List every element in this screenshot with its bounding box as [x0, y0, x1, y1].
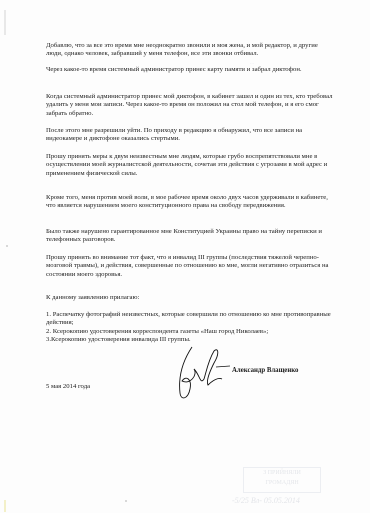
margin-mark: [4, 10, 6, 35]
signatory-name: Александр Влащенко: [232, 367, 298, 374]
stamp-handwritten-registration: -5/25 Вл- 05.05.2014: [232, 496, 300, 505]
attachment-item: 1. Распечатку фотографий неизвестных, ко…: [46, 311, 346, 328]
reception-stamp: З ПРИЙНЯЛИ ГРОМАДЯН: [243, 467, 321, 493]
stray-dot: [125, 500, 127, 502]
paragraph-8: Прошу принять во внимание тот факт, что …: [46, 254, 336, 279]
paragraph-1: Добавлю, что за все это время мне неодно…: [46, 42, 336, 59]
stamp-line-2: ГРОМАДЯН: [244, 479, 320, 488]
attachments-list: 1. Распечатку фотографий неизвестных, ко…: [46, 311, 346, 345]
paragraph-5: Прошу принять меры к двум неизвестным мн…: [46, 153, 336, 178]
paragraph-2: Через какое-то время системный администр…: [46, 66, 336, 74]
document-page: ... Добавлю, что за все это время мне не…: [0, 0, 370, 513]
handwritten-signature: [170, 345, 230, 405]
attachment-item: 3.Ксерокопию удостоверения инвалида III …: [46, 336, 346, 344]
paragraph-3: Когда системный администратор принес мой…: [46, 93, 336, 118]
document-date: 5 мая 2014 года: [46, 383, 90, 390]
paragraph-4: После этого мне разрешили уйти. По прихо…: [46, 127, 336, 144]
paragraph-6: Кроме того, меня против моей воли, в мое…: [46, 194, 336, 211]
paragraph-7: Было также нарушено гарантированное мне …: [46, 228, 336, 245]
margin-mark: [4, 500, 6, 512]
stray-dot: [6, 245, 8, 247]
attachments-heading: К данному заявлению прилагаю:: [46, 294, 336, 302]
attachment-item: 2. Ксерокопию удостоверения корреспонден…: [46, 328, 346, 336]
stamp-line-1: З ПРИЙНЯЛИ: [244, 468, 320, 479]
